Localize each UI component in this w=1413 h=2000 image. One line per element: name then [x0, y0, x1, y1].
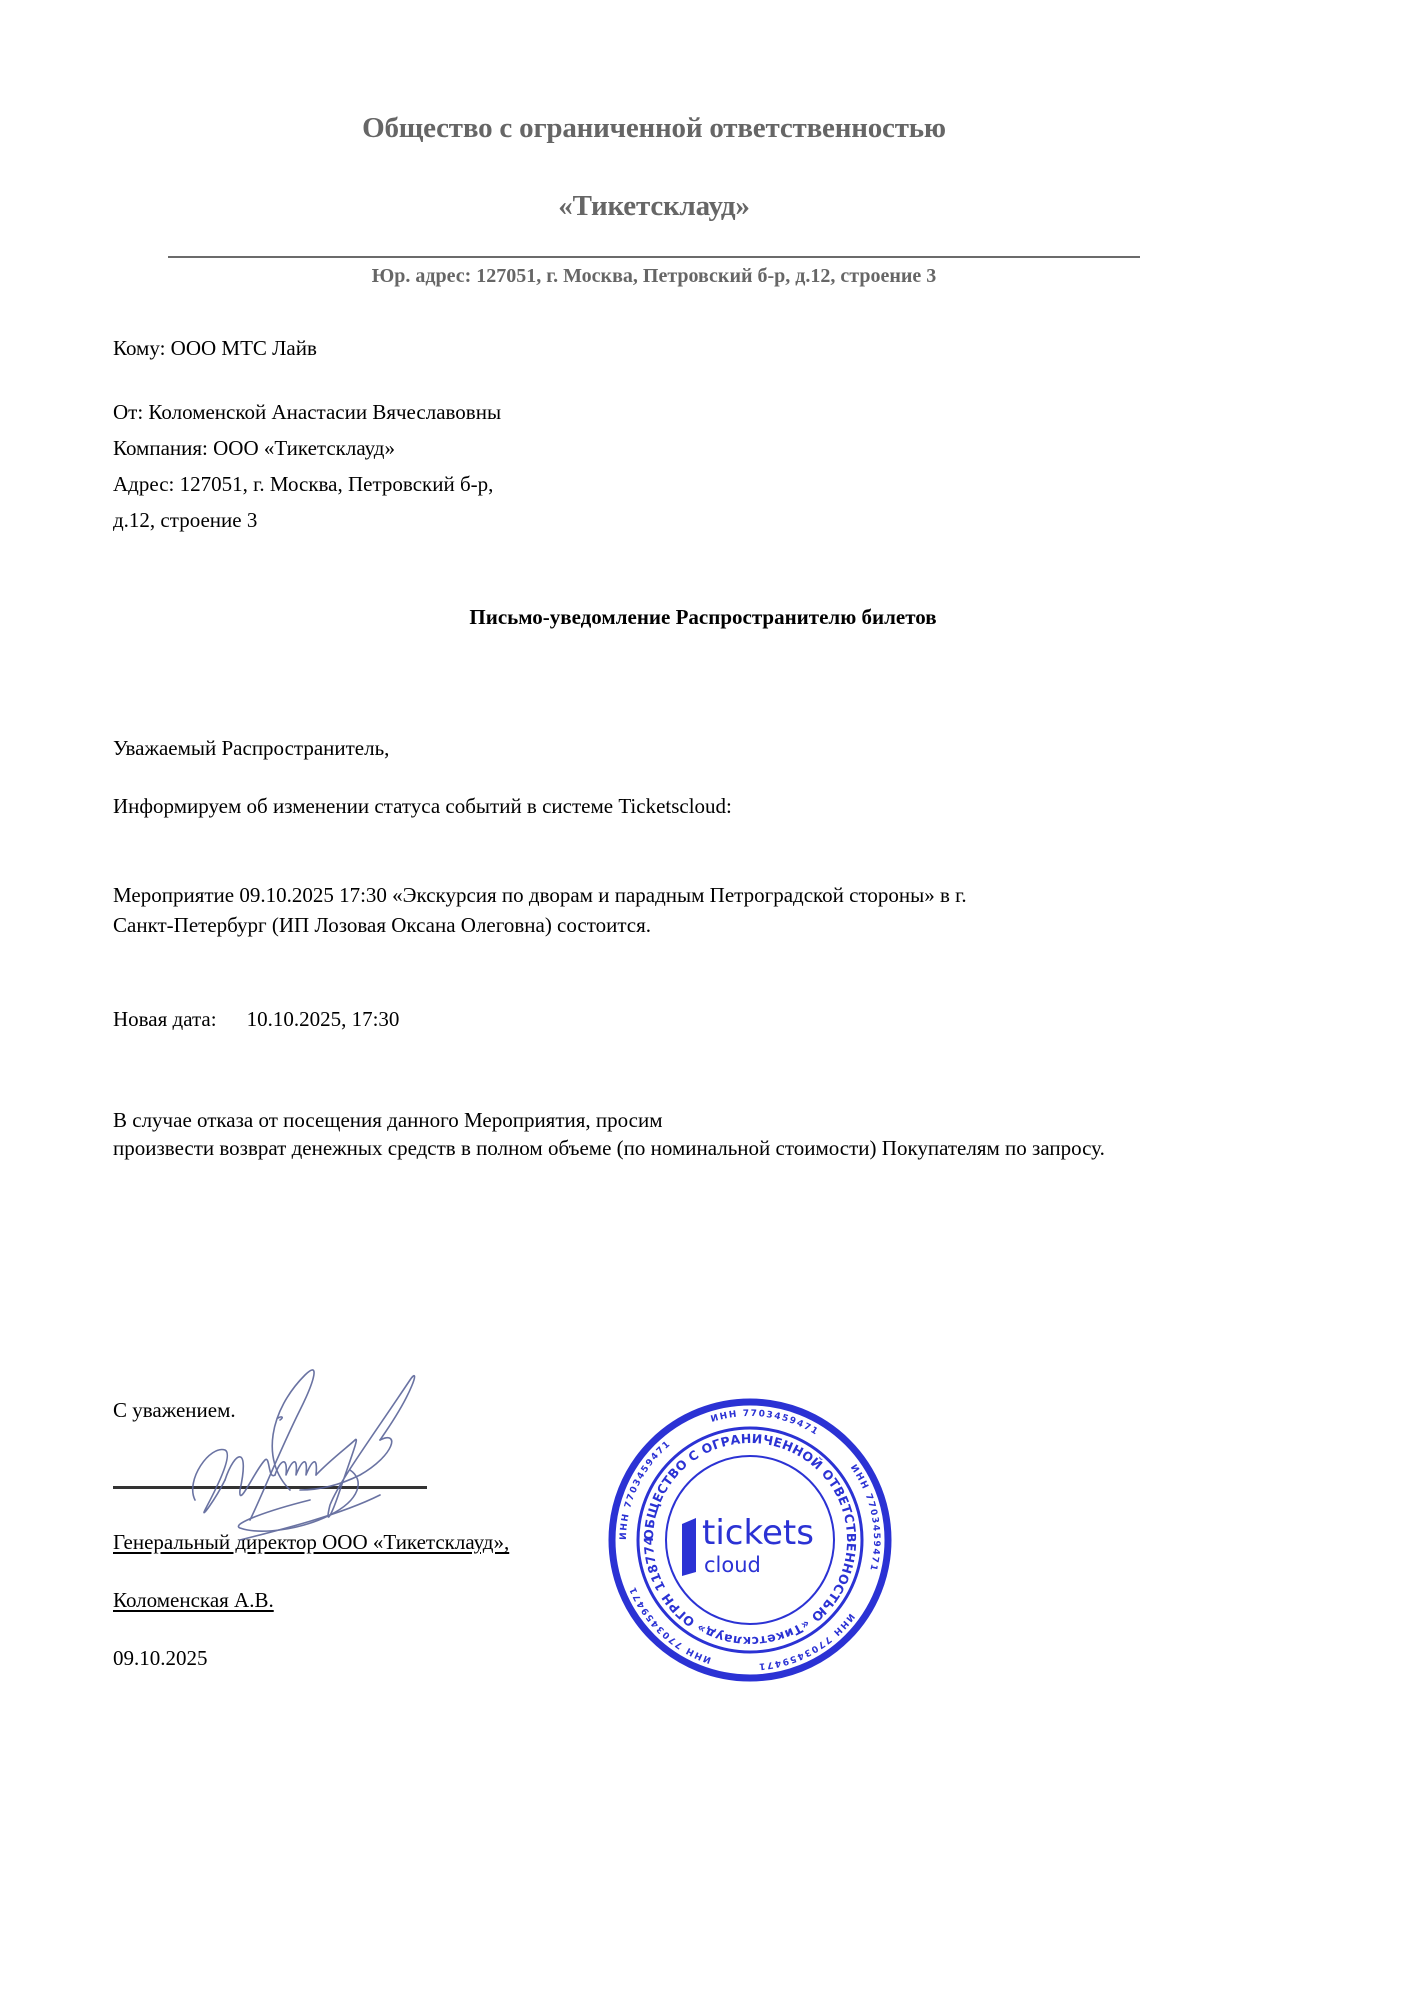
addressee-from: От: Коломенской Анастасии Вячеславовны: [113, 402, 501, 423]
event-description-line1: Мероприятие 09.10.2025 17:30 «Экскурсия …: [113, 885, 967, 906]
letterhead-legal-address: Юр. адрес: 127051, г. Москва, Петровский…: [168, 265, 1140, 288]
letter-date: 09.10.2025: [113, 1648, 208, 1669]
addressee-to: Кому: ООО МТС Лайв: [113, 338, 317, 359]
addressee-address-line2: д.12, строение 3: [113, 510, 257, 531]
letterhead-company-name: «Тикетсклауд»: [168, 190, 1140, 223]
handwritten-signature-icon: [180, 1350, 480, 1560]
addressee-address-line1: Адрес: 127051, г. Москва, Петровский б-р…: [113, 474, 493, 495]
refund-text-line2: произвести возврат денежных средств в по…: [113, 1138, 1105, 1159]
signatory-name: Коломенская А.В.: [113, 1590, 274, 1611]
letter-greeting: Уважаемый Распространитель,: [113, 738, 389, 759]
signatory-position: Генеральный директор ООО «Тикетсклауд»,: [113, 1532, 509, 1553]
new-date-row: Новая дата:10.10.2025, 17:30: [113, 1009, 399, 1030]
stamp-logo-word-tickets: tickets: [702, 1513, 814, 1553]
letter-heading: Письмо-уведомление Распространителю биле…: [113, 605, 1313, 630]
letterhead-divider: [168, 256, 1140, 258]
closing-regards: С уважением.: [113, 1400, 236, 1421]
new-date-value: 10.10.2025, 17:30: [247, 1007, 400, 1031]
new-date-label: Новая дата:: [113, 1007, 217, 1031]
stamp-logo-mark-icon: [682, 1518, 696, 1576]
stamp-logo-word-cloud: cloud: [704, 1553, 761, 1577]
letter-page: Общество с ограниченной ответственностью…: [0, 0, 1413, 2000]
letterhead-company-type: Общество с ограниченной ответственностью: [168, 112, 1140, 145]
letter-intro: Информируем об изменении статуса событий…: [113, 796, 732, 817]
signature-line: [113, 1486, 427, 1489]
refund-text-line1: В случае отказа от посещения данного Мер…: [113, 1110, 663, 1131]
letter-heading-text: Письмо-уведомление Распространителю биле…: [469, 605, 936, 629]
addressee-company: Компания: ООО «Тикетсклауд»: [113, 438, 395, 459]
company-seal-icon: ИНН 7703459471 ИНН 7703459471 ИНН 770345…: [606, 1396, 894, 1684]
event-description-line2: Санкт-Петербург (ИП Лозовая Оксана Олего…: [113, 915, 651, 936]
